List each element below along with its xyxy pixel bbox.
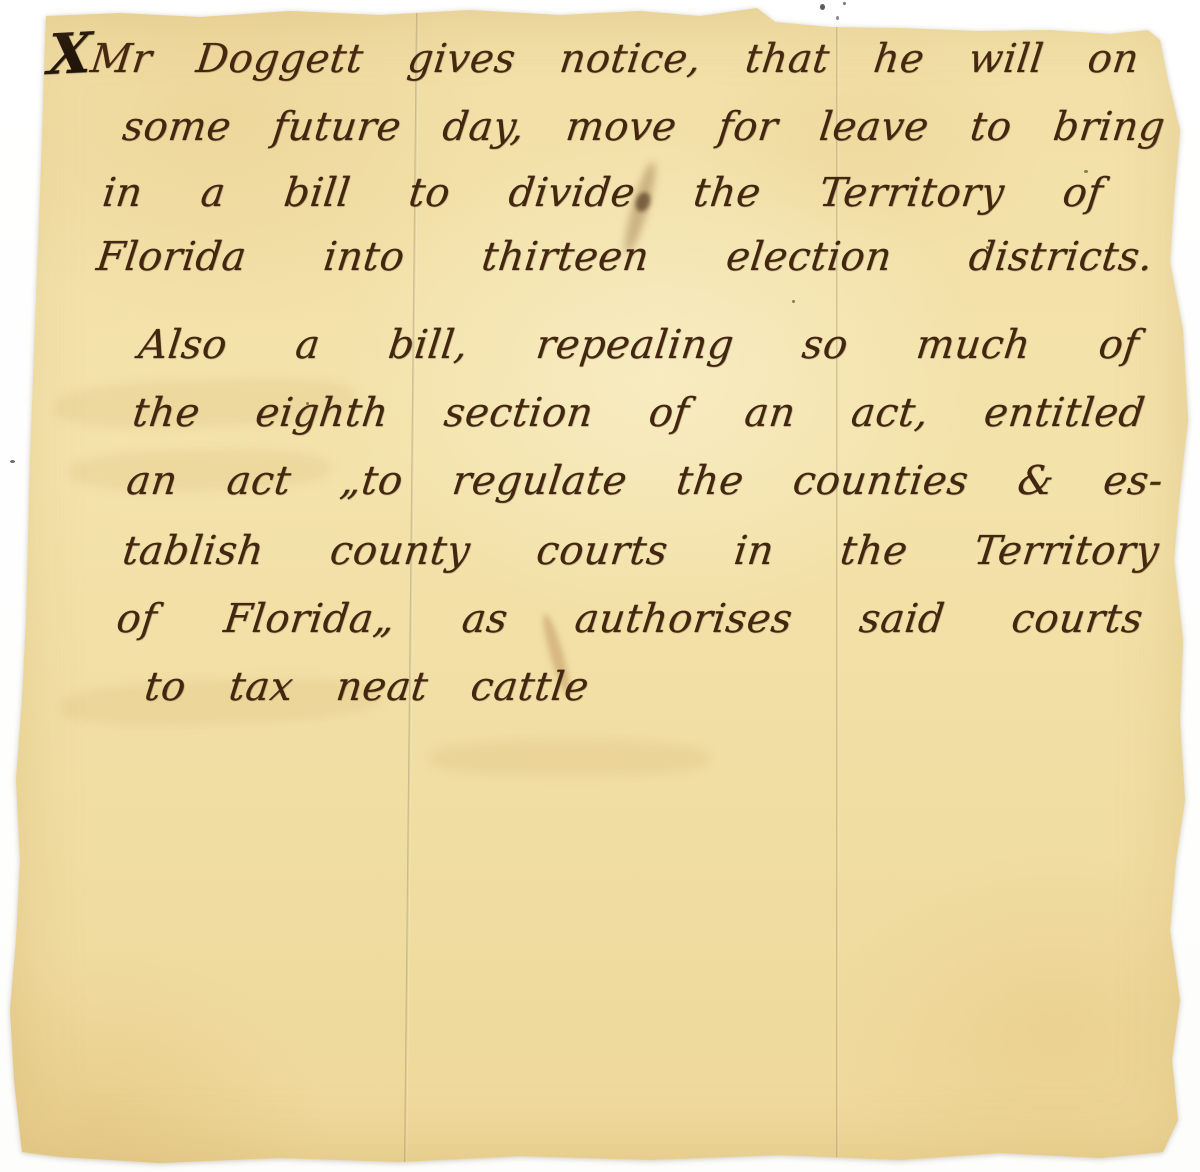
manuscript-paper: X Mr Doggett gives notice, that he will … [0, 0, 1200, 1172]
manuscript-line-6: the eighth section of an act, entitled [130, 390, 1148, 436]
manuscript-line-1: Mr Doggett gives notice, that he will on [88, 36, 1142, 82]
manuscript-line-2: some future day, move for leave to bring [120, 104, 1168, 150]
ink-spot [792, 300, 795, 303]
manuscript-line-3: in a bill to divide the Territory of [100, 170, 1106, 216]
manuscript-line-10: to tax neat cattle [142, 664, 708, 710]
manuscript-line-5: Also a bill, repealing so much of [136, 322, 1142, 368]
manuscript-line-4: Florida into thirteen election districts… [94, 234, 1156, 280]
paper-shadow-wrap: X Mr Doggett gives notice, that he will … [0, 0, 1200, 1172]
scan-background: X Mr Doggett gives notice, that he will … [0, 0, 1200, 1172]
marginal-x-mark: X [46, 25, 93, 83]
manuscript-line-7: an act „to regulate the counties & es- [124, 458, 1166, 504]
manuscript-line-8: tablish county courts in the Territory [120, 528, 1162, 574]
bleedthrough-ghost-text [430, 740, 710, 776]
manuscript-line-9: of Florida„ as authorises said courts [114, 596, 1146, 642]
